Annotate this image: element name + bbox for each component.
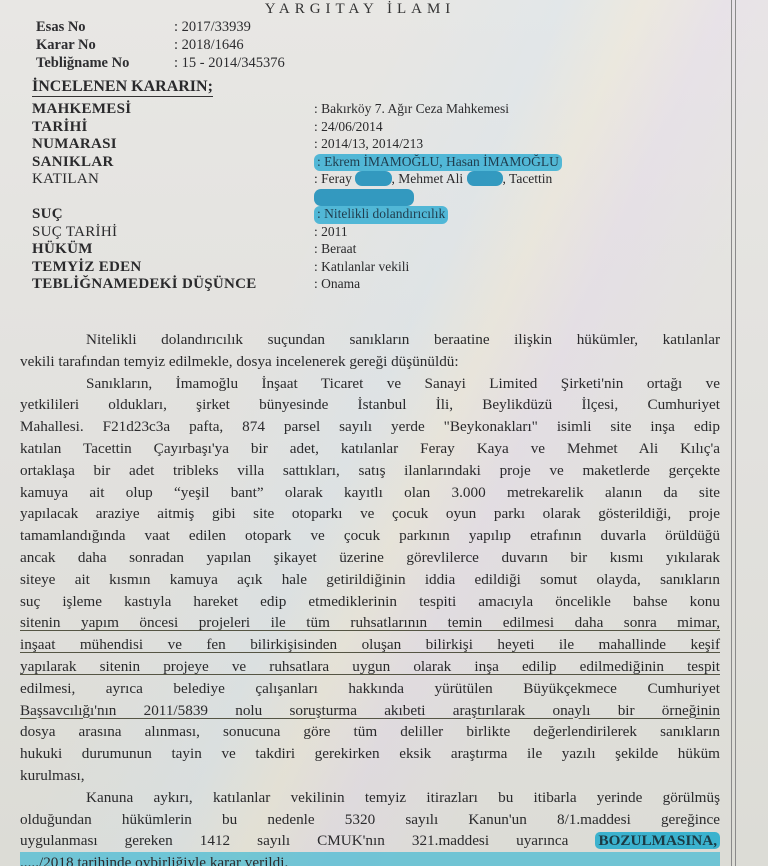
fact-suc: SUÇ : Nitelikli dolandırıcılık (32, 206, 562, 224)
decision-highlight: BOZULMASINA, (595, 832, 720, 849)
fact-teblig-dusunce: TEBLİĞNAMEDEKİ DÜŞÜNCE : Onama (32, 276, 562, 294)
fact-suc-tarihi: SUÇ TARİHİ : 2011 (32, 224, 562, 242)
fact-tarihi: TARİHİ : 24/06/2014 (32, 119, 562, 137)
paragraph-1: Nitelikli dolandırıcılık suçundan sanıkl… (20, 329, 720, 373)
margin-line (731, 0, 736, 866)
meta-esas-no: Esas No : 2017/33939 (36, 19, 285, 37)
section-heading: İNCELENEN KARARIN; (32, 78, 213, 97)
redacted-name: KAYA (355, 171, 391, 186)
highlighted-crime: : Nitelikli dolandırıcılık (314, 206, 448, 224)
fact-temyiz-eden: TEMYİZ EDEN : Katılanlar vekili (32, 259, 562, 277)
redacted-name: ÇAYIRBAŞI (314, 189, 414, 207)
meta-teblig-no: Tebliğname No : 15 - 2014/345376 (36, 55, 285, 73)
fact-katilan: KATILAN : Feray KAYA, Mehmet Ali KILIÇ, … (32, 171, 562, 189)
paragraph-3: Kanuna aykırı, katılanlar vekilinin temy… (20, 787, 720, 866)
redacted-name: KILIÇ (467, 171, 503, 186)
case-facts: MAHKEMESİ : Bakırköy 7. Ağır Ceza Mahkem… (32, 101, 562, 294)
document-title: YARGITAY İLAMI (0, 1, 720, 18)
fact-numarasi: NUMARASI : 2014/13, 2014/213 (32, 136, 562, 154)
final-line: ...../2018 tarihinde oybirliğiyle karar … (20, 852, 720, 866)
fact-hukum: HÜKÜM : Beraat (32, 241, 562, 259)
meta-karar-no: Karar No : 2018/1646 (36, 37, 285, 55)
case-meta: Esas No : 2017/33939 Karar No : 2018/164… (36, 19, 285, 73)
decision-body: Nitelikli dolandırıcılık suçundan sanıkl… (20, 329, 720, 866)
highlighted-defendants: : Ekrem İMAMOĞLU, Hasan İMAMOĞLU (314, 154, 562, 172)
fact-mahkemesi: MAHKEMESİ : Bakırköy 7. Ağır Ceza Mahkem… (32, 101, 562, 119)
fact-saniklar: SANIKLAR : Ekrem İMAMOĞLU, Hasan İMAMOĞL… (32, 154, 562, 172)
paragraph-2: Sanıkların, İmamoğlu İnşaat Ticaret ve S… (20, 373, 720, 787)
